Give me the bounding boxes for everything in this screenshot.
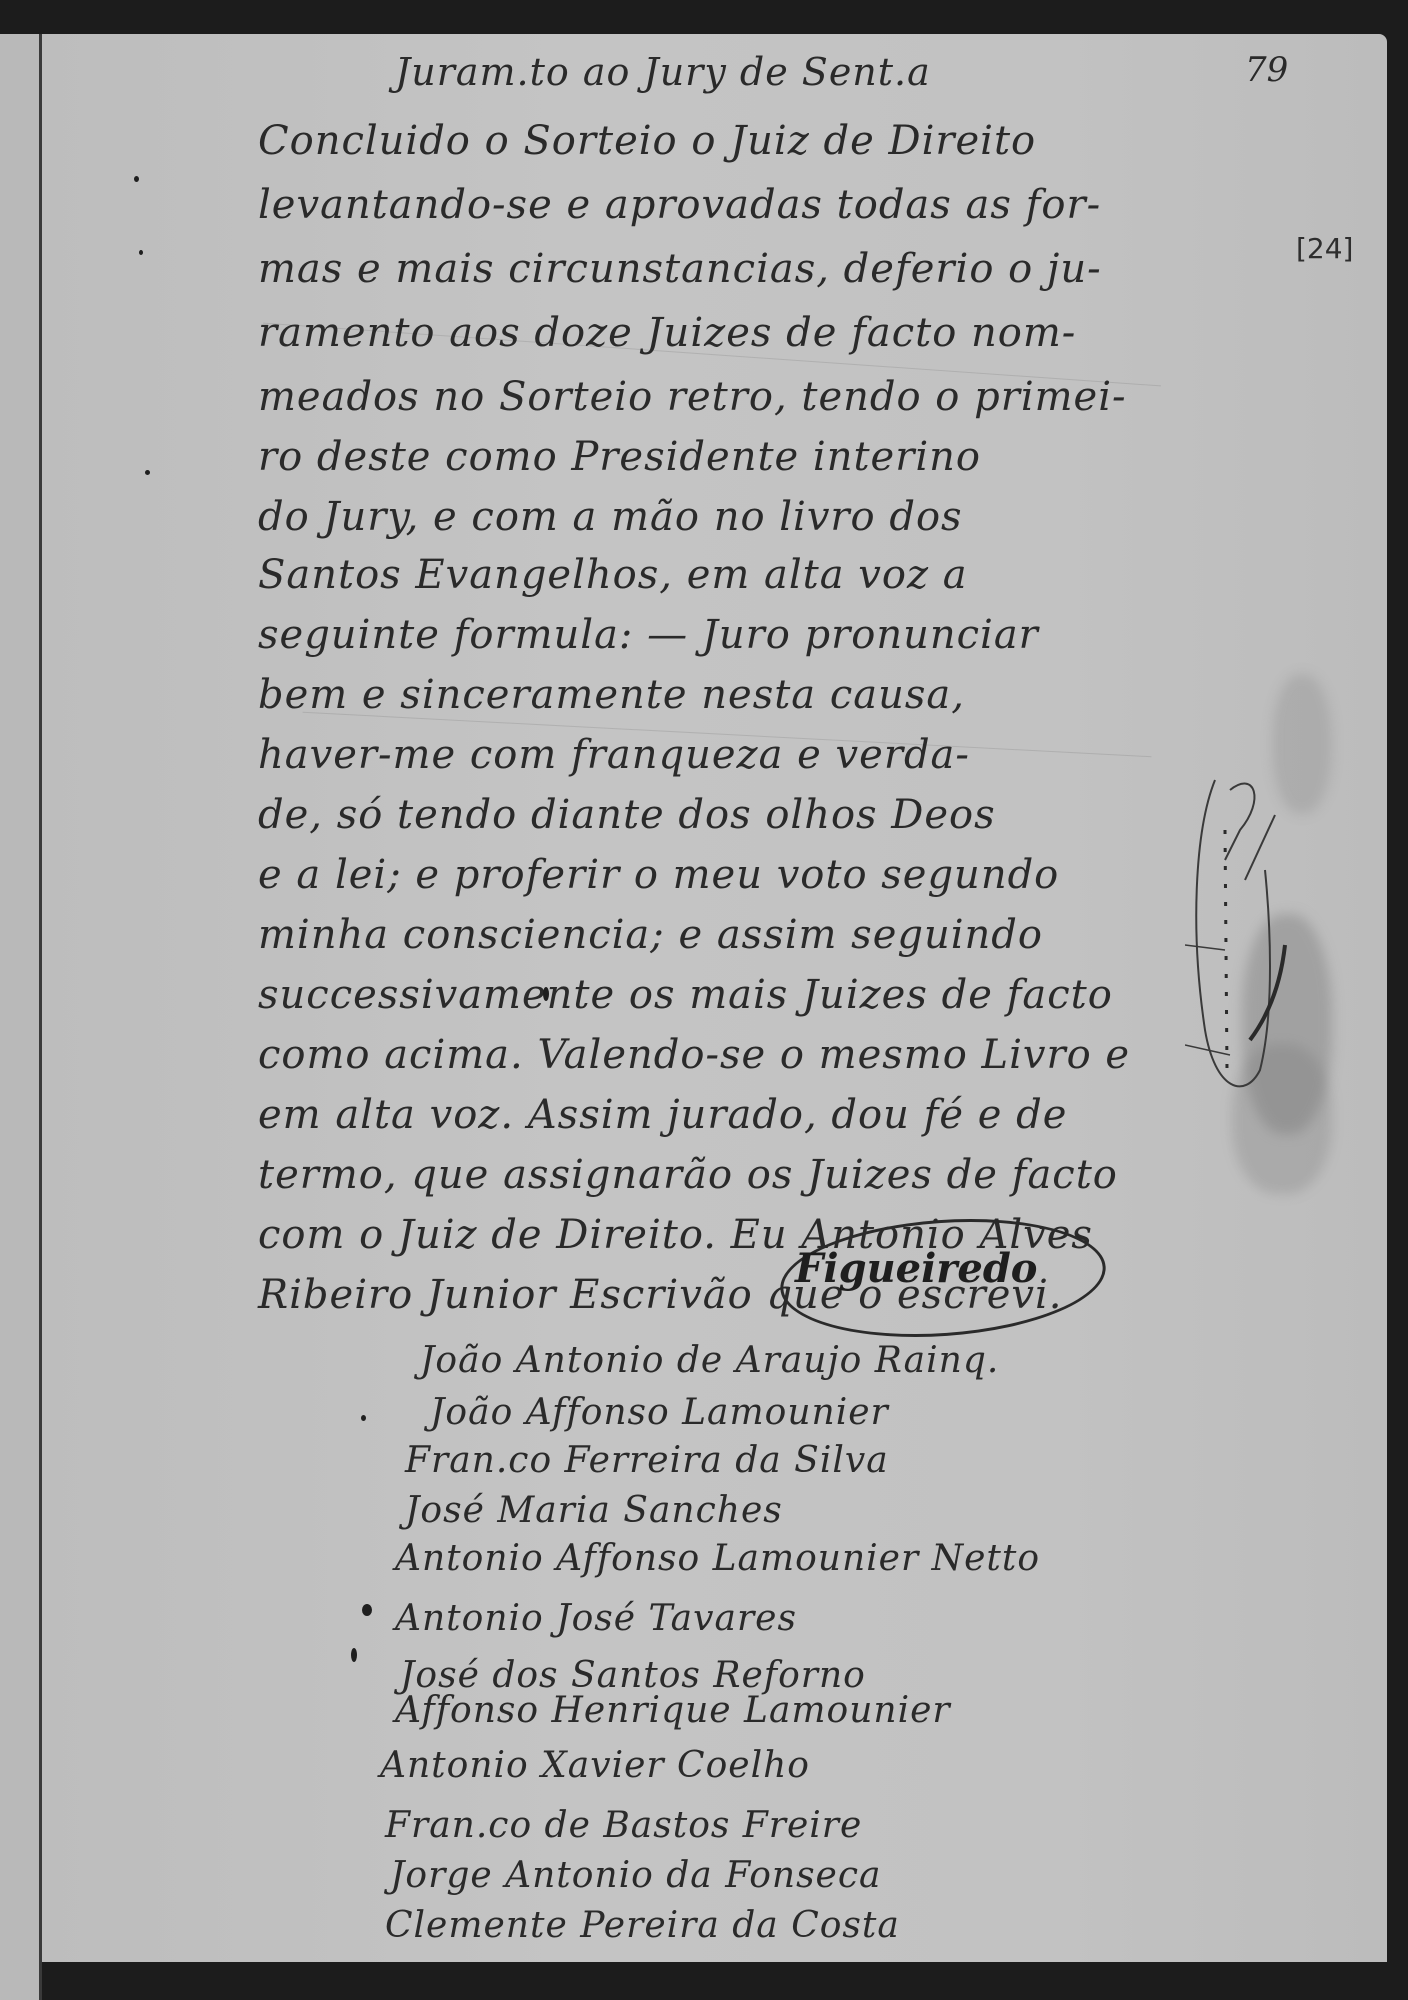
body-line: de, só tendo diante dos olhos Deos [258,792,996,838]
juror-signature: Antonio José Tavares [395,1598,797,1639]
juror-signature: Jorge Antonio da Fonseca [390,1855,881,1896]
page-number: 79 [1245,50,1288,90]
juror-signature: Antonio Affonso Lamounier Netto [395,1538,1040,1579]
margin-sketch-icon [1185,770,1315,1110]
ink-dot [134,176,139,182]
juror-signature: João Antonio de Araujo Rainq. [420,1340,999,1381]
ink-dot [139,250,143,255]
juror-signature: João Affonso Lamounier [430,1392,889,1433]
body-line: como acima. Valendo-se o mesmo Livro e [258,1032,1130,1078]
body-line: bem e sinceramente nesta causa, [258,672,965,718]
body-line: levantando-se e aprovadas todas as for- [258,182,1101,228]
body-line: mas e mais circunstancias, deferio o ju- [258,246,1102,292]
body-line: e a lei; e proferir o meu voto segundo [258,852,1059,898]
body-line: meados no Sorteio retro, tendo o primei- [258,374,1127,420]
body-line: ramento aos doze Juizes de facto nom- [258,310,1076,356]
body-line: termo, que assignarão os Juizes de facto [258,1152,1118,1198]
body-line: ro deste como Presidente interino [258,434,981,480]
juror-signature: Affonso Henrique Lamounier [395,1690,951,1731]
ink-dot [145,470,150,475]
body-line: seguinte formula: — Juro pronunciar [258,612,1039,658]
juror-signature: Fran.co Ferreira da Silva [405,1440,889,1481]
body-line: do Jury, e com a mão no livro dos [258,494,963,540]
juror-signature: Antonio Xavier Coelho [380,1745,810,1786]
juror-signature: Clemente Pereira da Costa [385,1905,900,1946]
body-line: em alta voz. Assim jurado, dou fé e de [258,1092,1067,1138]
body-line: haver-me com franqueza e verda- [258,732,970,778]
ink-dot [543,987,549,1001]
ink-dot [361,1415,366,1421]
body-line: Concluido o Sorteio o Juiz de Direito [258,118,1036,164]
folio-bracket: [24] [1296,232,1353,265]
juror-signature: Fran.co de Bastos Freire [385,1805,862,1846]
body-line: successivamente os mais Juizes de facto [258,972,1113,1018]
body-line: minha consciencia; e assim seguindo [258,912,1043,958]
adjacent-page-edge [0,34,40,2000]
juror-signature: José Maria Sanches [405,1490,783,1531]
body-line: Santos Evangelhos, em alta voz a [258,552,968,598]
ink-dot [351,1648,357,1662]
document-heading: Juram.to ao Jury de Sent.a [395,50,931,94]
presiding-signature: Figueiredo [795,1245,1037,1292]
ink-dot [362,1604,372,1616]
